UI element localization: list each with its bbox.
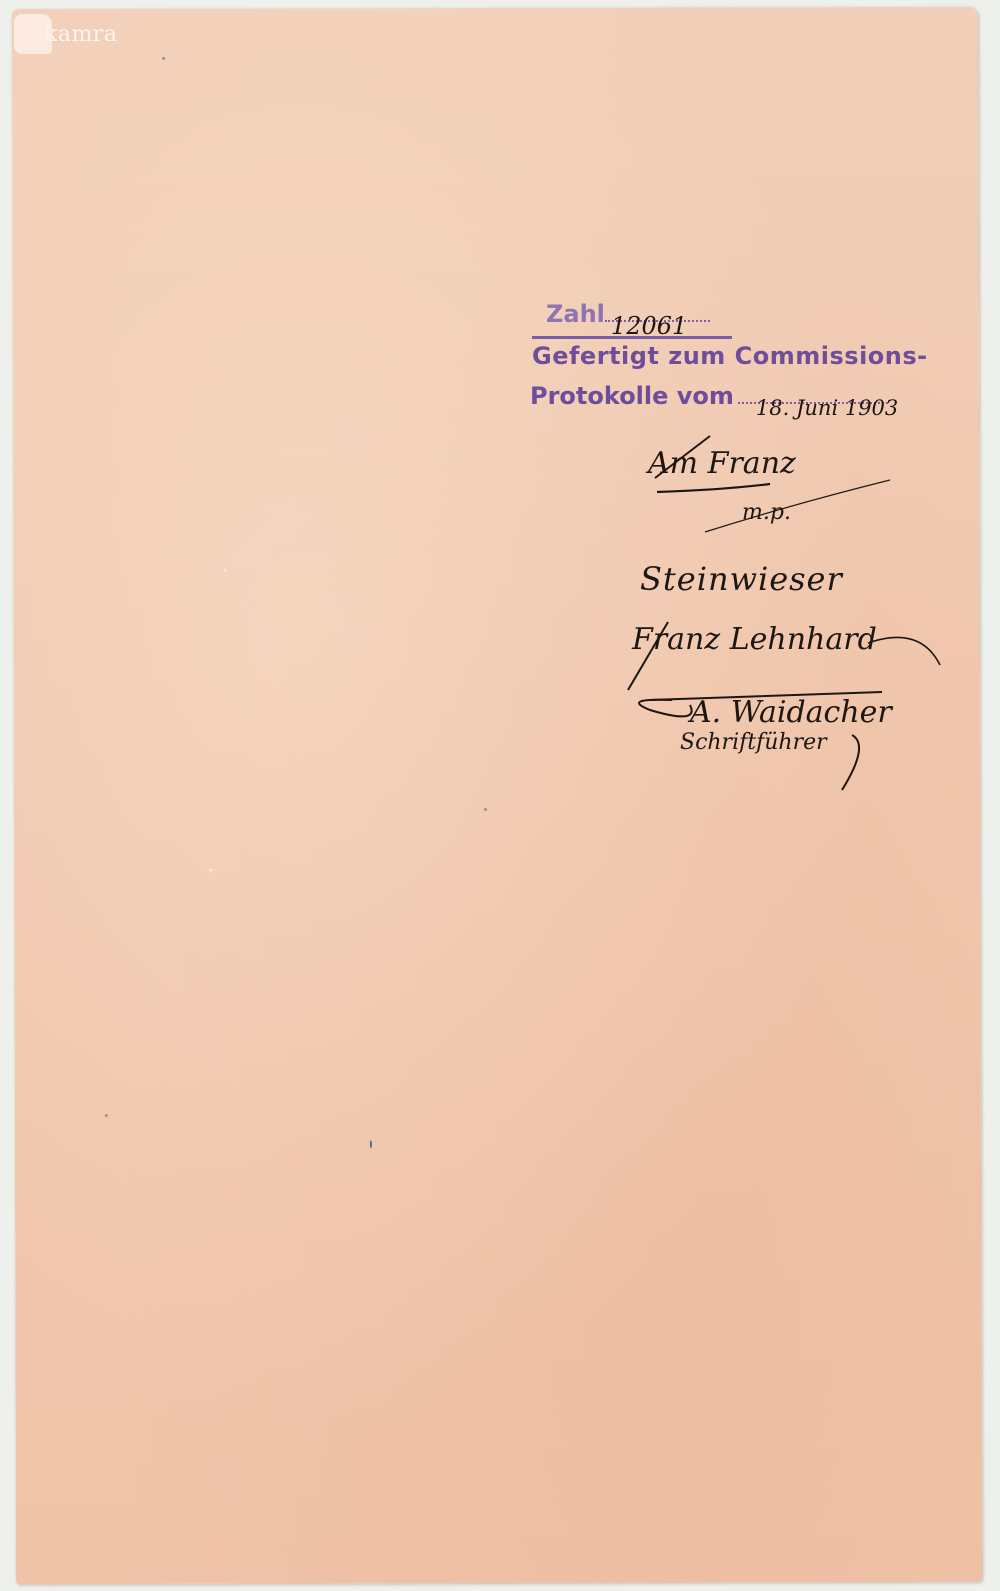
signature-4: Franz Lehnhard [632, 622, 877, 657]
signature-3: Steinwieser [640, 560, 843, 598]
signature-5: A. Waidacher [690, 695, 892, 730]
signature-2: m.p. [742, 500, 791, 525]
signature-strokes [0, 0, 1000, 1591]
signature-5-title: Schriftführer [680, 730, 827, 755]
